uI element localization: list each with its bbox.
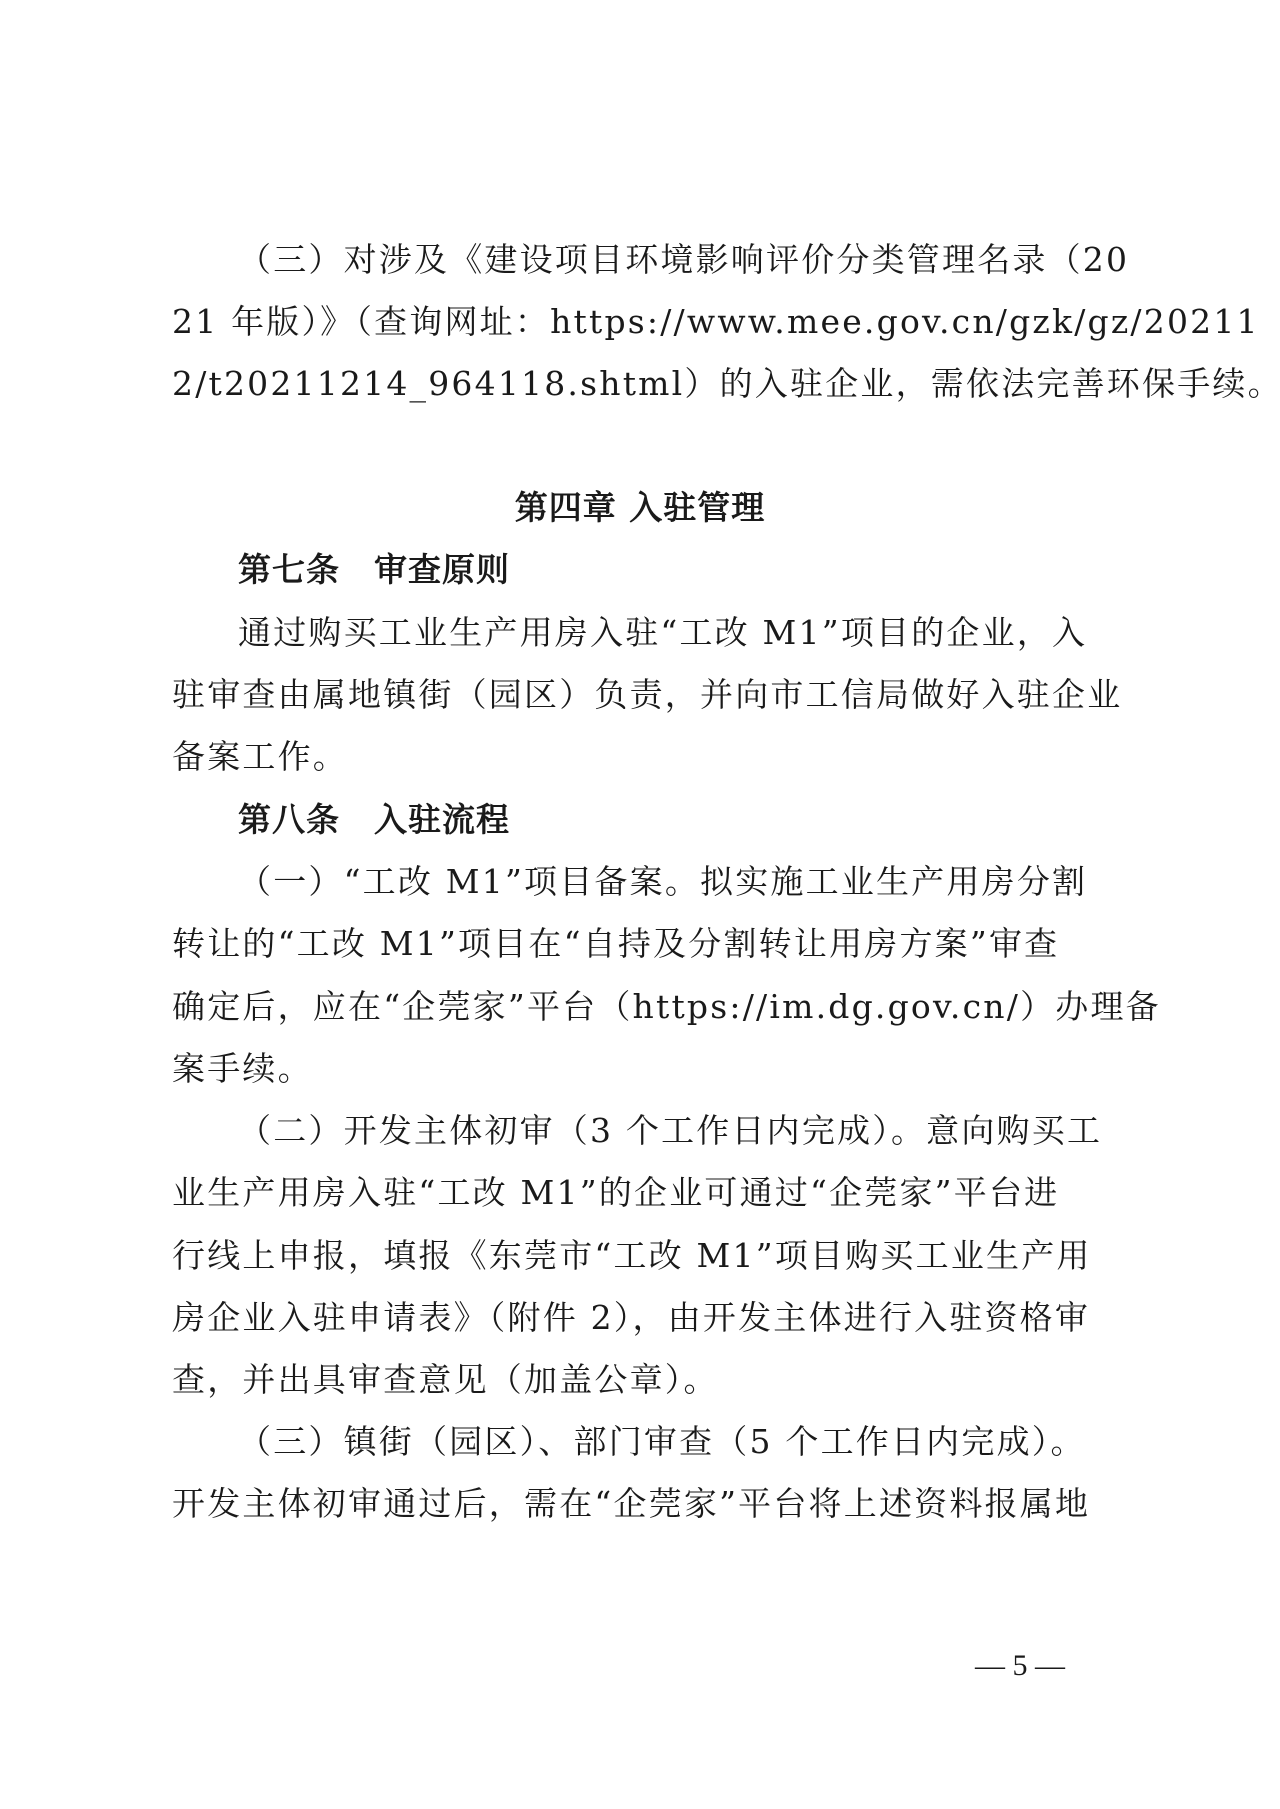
paragraph-line: （三）对涉及《建设项目环境影响评价分类管理名录（20 [238, 238, 1112, 282]
paragraph-line: 案手续。 [172, 1047, 1112, 1091]
paragraph-line: 确定后，应在“企莞家”平台（https://im.dg.gov.cn/）办理备 [172, 985, 1112, 1029]
paragraph-line: 房企业入驻申请表》（附件 2），由开发主体进行入驻资格审 [172, 1296, 1112, 1340]
article-title: 入驻流程 [374, 800, 510, 839]
page-number: — 5 — [975, 1644, 1065, 1688]
article-number: 第七条 [238, 550, 340, 589]
paragraph-line: （一）“工改 M1”项目备案。拟实施工业生产用房分割 [238, 860, 1112, 904]
paragraph-line: 备案工作。 [172, 735, 1112, 779]
paragraph-line: 查，并出具审查意见（加盖公章）。 [172, 1358, 1112, 1402]
article-8-heading: 第八条入驻流程 [238, 798, 510, 842]
article-title: 审查原则 [374, 550, 510, 589]
chapter-title: 第四章 入驻管理 [0, 486, 1280, 530]
paragraph-line: 2/t20211214_964118.shtml）的入驻企业，需依法完善环保手续… [172, 362, 1112, 406]
paragraph-line: 21 年版）》（查询网址：https://www.mee.gov.cn/gzk/… [172, 300, 1112, 344]
paragraph-line: 行线上申报，填报《东莞市“工改 M1”项目购买工业生产用 [172, 1234, 1112, 1278]
article-7-heading: 第七条审查原则 [238, 548, 510, 592]
article-number: 第八条 [238, 800, 340, 839]
paragraph-line: 驻审查由属地镇街（园区）负责，并向市工信局做好入驻企业 [172, 673, 1112, 717]
paragraph-line: 业生产用房入驻“工改 M1”的企业可通过“企莞家”平台进 [172, 1171, 1112, 1215]
paragraph-line: （三）镇街（园区）、部门审查（5 个工作日内完成）。 [238, 1420, 1112, 1464]
paragraph-line: 转让的“工改 M1”项目在“自持及分割转让用房方案”审查 [172, 922, 1112, 966]
paragraph-line: 通过购买工业生产用房入驻“工改 M1”项目的企业，入 [238, 611, 1112, 655]
paragraph-line: 开发主体初审通过后，需在“企莞家”平台将上述资料报属地 [172, 1482, 1112, 1526]
paragraph-line: （二）开发主体初审（3 个工作日内完成）。意向购买工 [238, 1109, 1112, 1153]
